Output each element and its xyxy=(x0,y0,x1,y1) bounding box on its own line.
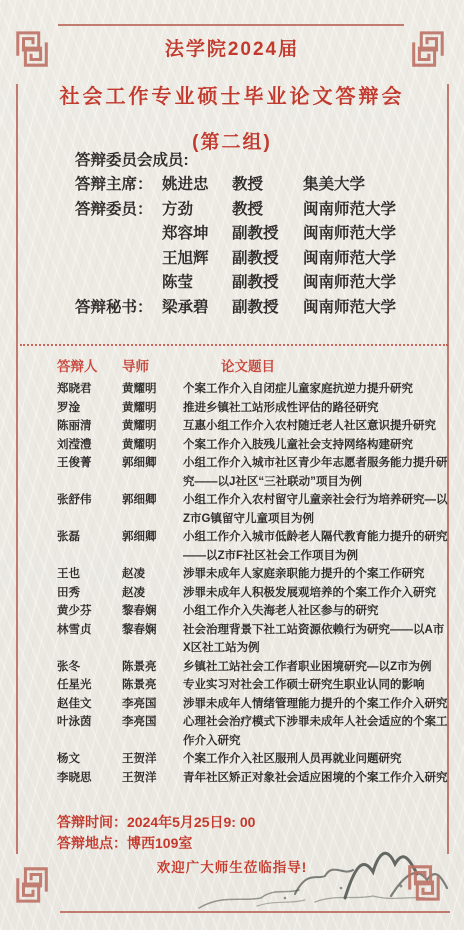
thesis-title: 互惠小组工作介入农村随迁老人社区意识提升研究 xyxy=(183,417,449,436)
corner-fret-icon-bottom-left xyxy=(14,860,52,908)
student-name: 叶泳茵 xyxy=(57,713,122,750)
thesis-row: 任星光 陈景亮 专业实习对社会工作硕士研究生职业认同的影响 xyxy=(57,676,448,695)
dotted-divider xyxy=(20,344,448,346)
thesis-title: 涉罪未成年人积极发展观培养的个案工作介入研究 xyxy=(183,584,449,603)
frame-line-left xyxy=(16,84,18,854)
advisor-name: 李亮国 xyxy=(122,695,183,714)
thesis-title: 心理社会治疗模式下涉罪未成年人社会适应的个案工作介入研究 xyxy=(183,713,449,750)
student-name: 张磊 xyxy=(57,528,122,565)
advisor-name: 赵凌 xyxy=(122,565,183,584)
student-name: 郑晓君 xyxy=(57,380,122,399)
committee-member-title: 副教授 xyxy=(232,271,303,296)
advisor-name: 王贺洋 xyxy=(122,769,183,788)
thesis-title: 个案工作介入社区服刑人员再就业问题研究 xyxy=(183,750,449,769)
thesis-row: 林雪贞 黎春娴 社会治理背景下社工站资源依赖行为研究——以A市X区社工站为例 xyxy=(57,621,448,658)
advisor-name: 李亮国 xyxy=(122,713,183,750)
thesis-title: 青年社区矫正对象社会适应困境的个案工作介入研究 xyxy=(183,769,449,788)
committee-role-label xyxy=(75,222,162,247)
student-name: 黄少芬 xyxy=(57,602,122,621)
student-name: 赵佳文 xyxy=(57,695,122,714)
committee-member-title: 副教授 xyxy=(232,296,303,321)
thesis-table: 答辩人 导师 论文题目 郑晓君 黄耀明 个案工作介入自闭症儿童家庭抗逆力提升研究… xyxy=(57,357,448,787)
page-title: 法学院2024届 xyxy=(0,34,464,61)
committee-role-label xyxy=(75,247,162,272)
student-name: 张冬 xyxy=(57,658,122,677)
header-advisor: 导师 xyxy=(122,357,183,376)
committee-member-name: 陈莹 xyxy=(162,271,232,296)
advisor-name: 黄耀明 xyxy=(122,380,183,399)
thesis-row: 郑晓君 黄耀明 个案工作介入自闭症儿童家庭抗逆力提升研究 xyxy=(57,380,448,399)
advisor-name: 黎春娴 xyxy=(122,602,183,621)
thesis-row: 罗淦 黄耀明 推进乡镇社工站形成性评估的路径研究 xyxy=(57,399,448,418)
defense-announcement-poster: 法学院2024届 社会工作专业硕士毕业论文答辩会 (第二组) 答辩委员会成员: … xyxy=(0,0,464,930)
thesis-row: 田秀 赵凌 涉罪未成年人积极发展观培养的个案工作介入研究 xyxy=(57,584,448,603)
thesis-row: 王也 赵凌 涉罪未成年人家庭亲职能力提升的个案工作研究 xyxy=(57,565,448,584)
student-name: 任星光 xyxy=(57,676,122,695)
thesis-row: 王俊菁 郭细卿 小组工作介入城市社区青少年志愿者服务能力提升研究——以J社区“三… xyxy=(57,454,448,491)
student-name: 王俊菁 xyxy=(57,454,122,491)
thesis-row: 陈丽清 黄耀明 互惠小组工作介入农村随迁老人社区意识提升研究 xyxy=(57,417,448,436)
thesis-title: 乡镇社工站社会工作者职业困境研究—以Z市为例 xyxy=(183,658,449,677)
committee-role-label: 答辩委员： xyxy=(75,198,162,223)
thesis-title: 小组工作介入失海老人社区参与的研究 xyxy=(183,602,449,621)
committee-member-name: 王旭辉 xyxy=(162,247,232,272)
thesis-table-header: 答辩人 导师 论文题目 xyxy=(57,357,448,376)
thesis-row: 李晓思 王贺洋 青年社区矫正对象社会适应困境的个案工作介入研究 xyxy=(57,769,448,788)
location-label: 答辩地点： xyxy=(57,835,127,851)
committee-member-name: 方劲 xyxy=(162,198,232,223)
header-student: 答辩人 xyxy=(57,357,122,376)
student-name: 刘滢澧 xyxy=(57,436,122,455)
advisor-name: 陈景亮 xyxy=(122,676,183,695)
advisor-name: 陈景亮 xyxy=(122,658,183,677)
advisor-name: 黎春娴 xyxy=(122,621,183,658)
defense-time-row: 答辩时间：2024年5月25日9: 00 xyxy=(57,812,407,833)
committee-role-label: 答辩主席： xyxy=(75,173,162,198)
title-block: 法学院2024届 社会工作专业硕士毕业论文答辩会 (第二组) xyxy=(0,34,464,154)
student-name: 林雪贞 xyxy=(57,621,122,658)
thesis-row: 叶泳茵 李亮国 心理社会治疗模式下涉罪未成年人社会适应的个案工作介入研究 xyxy=(57,713,448,750)
advisor-name: 王贺洋 xyxy=(122,750,183,769)
frame-line-top xyxy=(58,24,404,26)
committee-member-name: 郑容坤 xyxy=(162,222,232,247)
committee-member-title: 教授 xyxy=(232,173,303,198)
location-value: 博西109室 xyxy=(127,835,192,851)
thesis-title: 社会治理背景下社工站资源依赖行为研究——以A市X区社工站为例 xyxy=(183,621,449,658)
thesis-row: 张磊 郭细卿 小组工作介入城市低龄老人隔代教育能力提升的研究——以Z市F社区社会… xyxy=(57,528,448,565)
advisor-name: 郭细卿 xyxy=(122,491,183,528)
committee-role-label xyxy=(75,271,162,296)
thesis-row: 刘滢澧 黄耀明 个案工作介入肢残儿童社会支持网络构建研究 xyxy=(57,436,448,455)
thesis-row: 赵佳文 李亮国 涉罪未成年人情绪管理能力提升的个案工作介入研究 xyxy=(57,695,448,714)
committee-section: 答辩委员会成员: 答辩主席： 姚进忠 教授 集美大学 答辩委员： 方劲 教授 闽… xyxy=(75,149,448,320)
advisor-name: 黄耀明 xyxy=(122,417,183,436)
time-value: 2024年5月25日9: 00 xyxy=(127,814,255,830)
committee-member-title: 副教授 xyxy=(232,222,303,247)
committee-member-affiliation: 闽南师范大学 xyxy=(303,198,448,223)
student-name: 罗淦 xyxy=(57,399,122,418)
committee-member-name: 梁承碧 xyxy=(162,296,232,321)
thesis-title: 涉罪未成年人情绪管理能力提升的个案工作介入研究 xyxy=(183,695,449,714)
thesis-title: 涉罪未成年人家庭亲职能力提升的个案工作研究 xyxy=(183,565,449,584)
committee-member-title: 副教授 xyxy=(232,247,303,272)
committee-member-affiliation: 闽南师范大学 xyxy=(303,247,448,272)
committee-member-affiliation: 闽南师范大学 xyxy=(303,271,448,296)
student-name: 杨文 xyxy=(57,750,122,769)
advisor-name: 郭细卿 xyxy=(122,528,183,565)
committee-row: 郑容坤 副教授 闽南师范大学 xyxy=(75,222,448,247)
thesis-title: 专业实习对社会工作硕士研究生职业认同的影响 xyxy=(183,676,449,695)
thesis-row: 张舒伟 郭细卿 小组工作介入农村留守儿童亲社会行为培养研究—以Z市G镇留守儿童项… xyxy=(57,491,448,528)
thesis-title: 个案工作介入肢残儿童社会支持网络构建研究 xyxy=(183,436,449,455)
student-name: 田秀 xyxy=(57,584,122,603)
time-label: 答辩时间： xyxy=(57,814,127,830)
thesis-title: 小组工作介入城市低龄老人隔代教育能力提升的研究——以Z市F社区社会工作项目为例 xyxy=(183,528,449,565)
committee-row: 答辩委员： 方劲 教授 闽南师范大学 xyxy=(75,198,448,223)
thesis-row: 杨文 王贺洋 个案工作介入社区服刑人员再就业问题研究 xyxy=(57,750,448,769)
advisor-name: 赵凌 xyxy=(122,584,183,603)
thesis-row: 黄少芬 黎春娴 小组工作介入失海老人社区参与的研究 xyxy=(57,602,448,621)
committee-member-affiliation: 闽南师范大学 xyxy=(303,296,448,321)
committee-member-title: 教授 xyxy=(232,198,303,223)
student-name: 张舒伟 xyxy=(57,491,122,528)
committee-role-label: 答辩秘书： xyxy=(75,296,162,321)
advisor-name: 黄耀明 xyxy=(122,399,183,418)
advisor-name: 郭细卿 xyxy=(122,454,183,491)
committee-row: 答辩秘书： 梁承碧 副教授 闽南师范大学 xyxy=(75,296,448,321)
committee-member-affiliation: 闽南师范大学 xyxy=(303,222,448,247)
page-subtitle: 社会工作专业硕士毕业论文答辩会 xyxy=(0,80,464,109)
student-name: 李晓思 xyxy=(57,769,122,788)
committee-row: 答辩主席： 姚进忠 教授 集美大学 xyxy=(75,173,448,198)
thesis-title: 小组工作介入农村留守儿童亲社会行为培养研究—以Z市G镇留守儿童项目为例 xyxy=(183,491,449,528)
header-thesis: 论文题目 xyxy=(183,357,448,376)
thesis-title: 个案工作介入自闭症儿童家庭抗逆力提升研究 xyxy=(183,380,449,399)
committee-row: 陈莹 副教授 闽南师范大学 xyxy=(75,271,448,296)
corner-fret-icon-bottom-right xyxy=(404,858,442,906)
thesis-row: 张冬 陈景亮 乡镇社工站社会工作者职业困境研究—以Z市为例 xyxy=(57,658,448,677)
student-name: 王也 xyxy=(57,565,122,584)
committee-member-name: 姚进忠 xyxy=(162,173,232,198)
committee-member-affiliation: 集美大学 xyxy=(303,173,448,198)
advisor-name: 黄耀明 xyxy=(122,436,183,455)
committee-row: 王旭辉 副教授 闽南师范大学 xyxy=(75,247,448,272)
committee-heading: 答辩委员会成员: xyxy=(75,149,448,173)
thesis-title: 小组工作介入城市社区青少年志愿者服务能力提升研究——以J社区“三社联动”项目为例 xyxy=(183,454,449,491)
student-name: 陈丽清 xyxy=(57,417,122,436)
thesis-title: 推进乡镇社工站形成性评估的路径研究 xyxy=(183,399,449,418)
